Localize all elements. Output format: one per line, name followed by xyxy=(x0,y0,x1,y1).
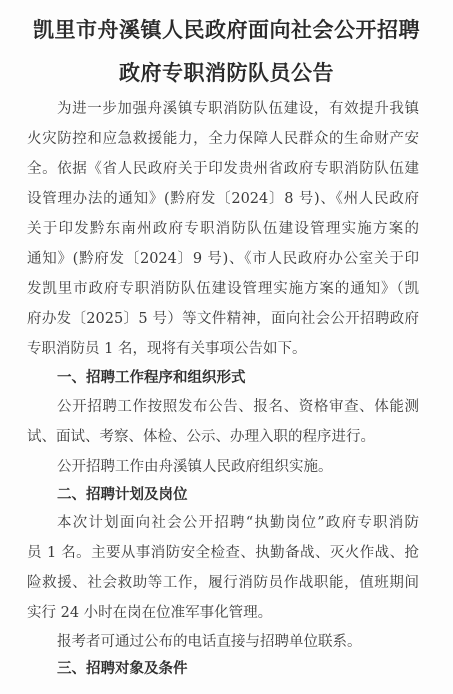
intro-line: 全。依据《省人民政府关于印发贵州省政府专职消防队伍建 xyxy=(27,159,419,179)
section1-line: 公开招聘工作按照发布公告、报名、资格审查、体能测 xyxy=(57,397,419,417)
section1-heading: 一、招聘工作程序和组织形式 xyxy=(57,368,246,388)
section1-line: 试、面试、考察、体检、公示、办理入职的程序进行。 xyxy=(27,427,419,447)
document-page: 凯里市舟溪镇人民政府面向社会公开招聘 政府专职消防队员公告 为进一步加强舟溪镇专… xyxy=(0,0,453,694)
intro-line: 设管理办法的通知》(黔府发〔2024〕8 号)、《州人民政府 xyxy=(27,189,419,209)
section2-line: 报考者可通过公布的电话直接与招聘单位联系。 xyxy=(57,632,419,652)
intro-line: 发凯里市政府专职消防队伍建设管理实施方案的通知》（凯 xyxy=(27,279,419,299)
section3-heading: 三、招聘对象及条件 xyxy=(57,659,188,679)
section2-line: 本次计划面向社会公开招聘“执勤岗位”政府专职消防 xyxy=(57,513,419,533)
document-title-line1: 凯里市舟溪镇人民政府面向社会公开招聘 xyxy=(0,14,453,44)
intro-line: 专职消防员 1 名，现将有关事项公告如下。 xyxy=(27,339,419,359)
document-title-line2: 政府专职消防队员公告 xyxy=(0,57,453,87)
intro-line: 通知》(黔府发〔2024〕9 号)、《市人民政府办公室关于印 xyxy=(27,249,419,269)
intro-line: 火灾防控和应急救援能力，全力保障人民群众的生命财产安 xyxy=(27,129,419,149)
intro-line: 为进一步加强舟溪镇专职消防队伍建设，有效提升我镇 xyxy=(57,99,419,119)
section2-line: 险救援、社会救助等工作，履行消防员作战职能，值班期间 xyxy=(27,573,419,593)
section2-line: 员 1 名。主要从事消防安全检查、执勤备战、灭火作战、抢 xyxy=(27,543,419,563)
intro-line: 府办发〔2025〕5 号）等文件精神，面向社会公开招聘政府 xyxy=(27,309,419,329)
intro-line: 关于印发黔东南州政府专职消防队伍建设管理实施方案的 xyxy=(27,219,419,239)
section2-heading: 二、招聘计划及岗位 xyxy=(57,485,188,505)
section1-line: 公开招聘工作由舟溪镇人民政府组织实施。 xyxy=(57,457,419,477)
section2-line: 实行 24 小时在岗在位准军事化管理。 xyxy=(27,603,419,623)
